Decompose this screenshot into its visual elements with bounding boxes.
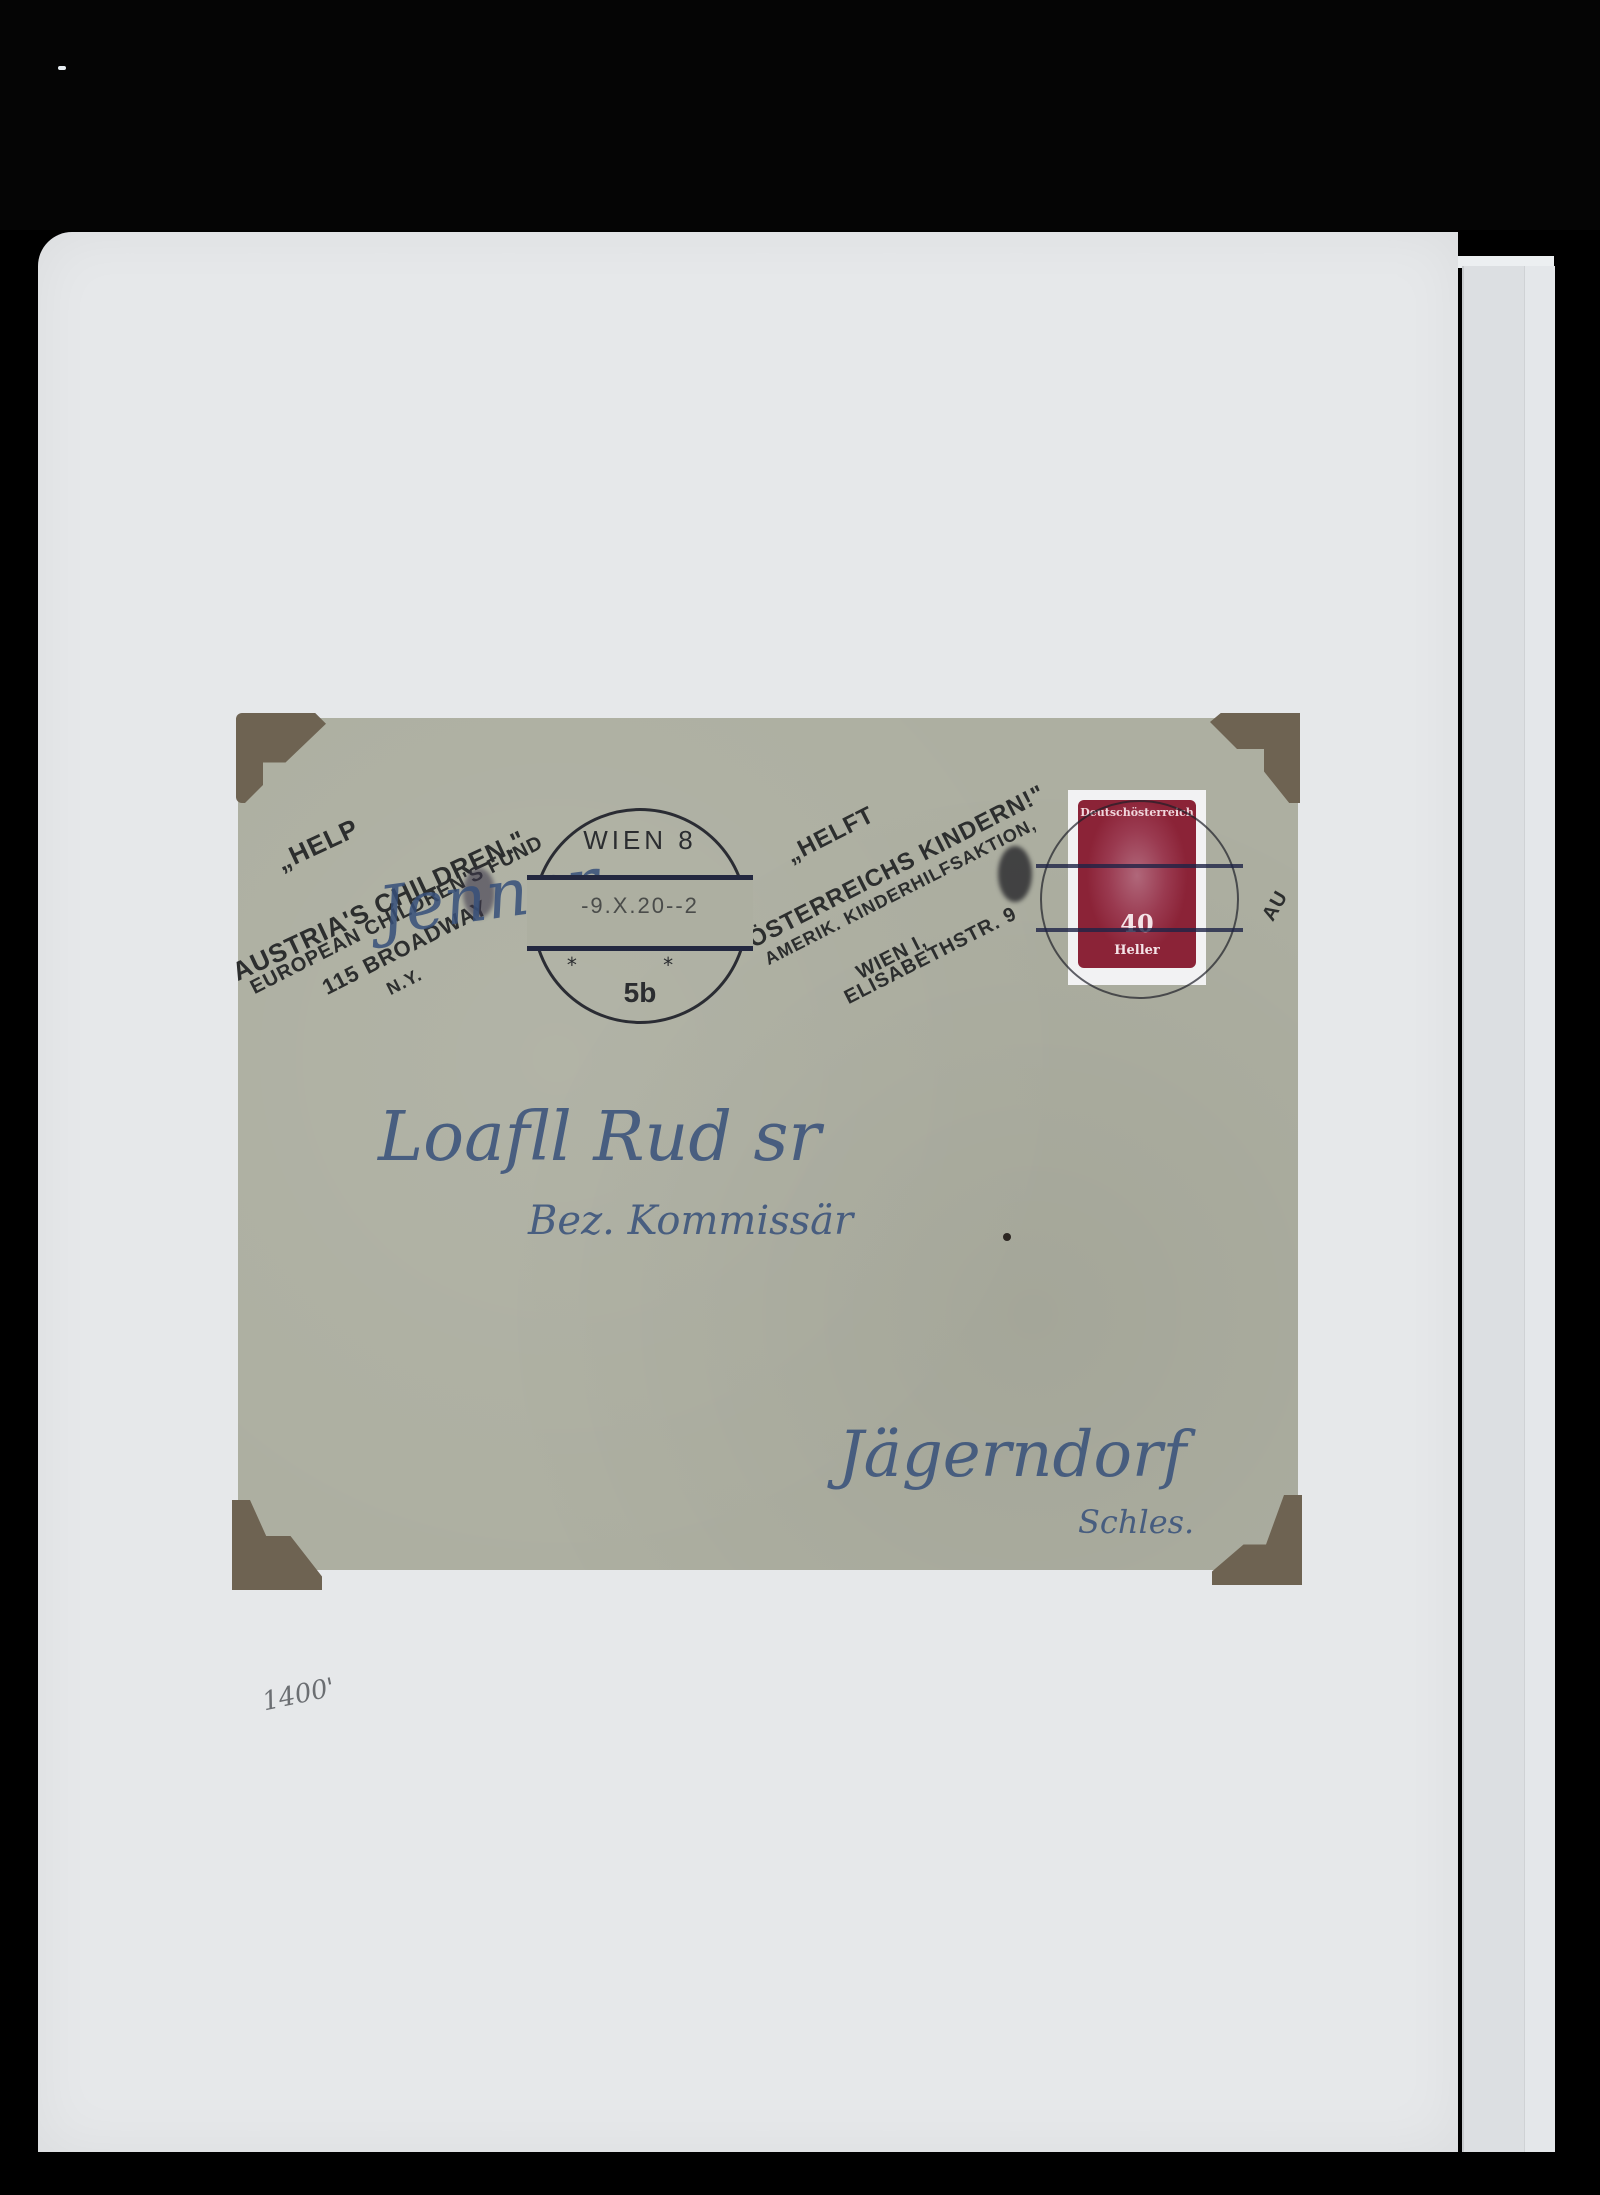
postmark-city: WIEN 8 [535,825,745,856]
ink-smudge [998,846,1032,902]
dark-background [0,0,1600,230]
cancel-bar [1036,864,1243,868]
postmark-date: -9.X.20--2 [535,893,745,919]
stain-spot [1003,1233,1011,1241]
page-stack-edge [1462,266,1526,2152]
page-stack-edge-outer [1524,266,1555,2152]
cancel-bar [1036,928,1243,932]
slogan-left-line1: „HELP [271,813,363,878]
slogan-right-edge-fragment: AU [1258,887,1293,925]
stamp-cancellation [1040,800,1239,999]
postmark-stars: * * [535,953,745,977]
postmark-office-number: 5b [535,977,745,1009]
address-title: Bez. Kommissär [528,1198,853,1244]
address-region: Schles. [1078,1503,1194,1541]
address-town: Jägerndorf [838,1418,1186,1492]
address-name: Loafll Rud sr [378,1098,821,1177]
slogan-right-line1: „HELFT [782,801,880,869]
dust-speck [58,66,66,70]
wien-postmark: WIEN 8 -9.X.20--2 * * 5b [532,808,748,1024]
